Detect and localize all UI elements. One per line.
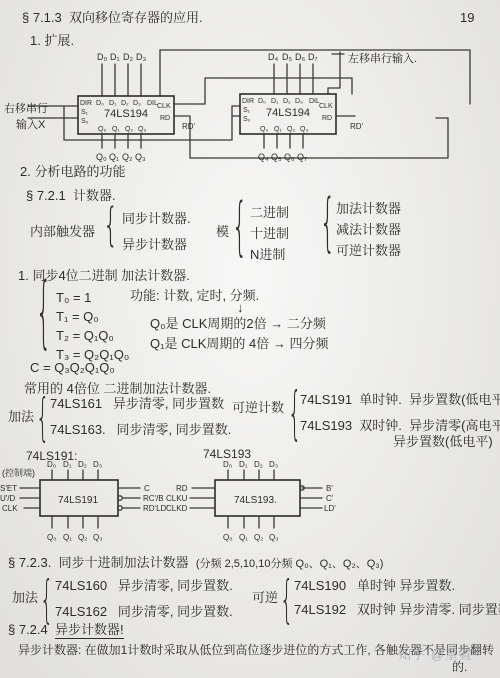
wire xyxy=(328,52,340,94)
chip-row: 74LS162 同步清零, 同步置数. xyxy=(55,604,233,620)
chip-clock: 双时钟. xyxy=(359,418,402,433)
decade-note: (分频 2,5,10,10分频 Q₀、Q₁、Q₂、Q₃) xyxy=(196,558,384,570)
brace: { xyxy=(36,389,49,449)
pin-label: CLK xyxy=(2,504,18,513)
bus-label: D₁ xyxy=(110,52,120,62)
trigger-label: 内部触发器 xyxy=(30,224,95,240)
mod-label: 模 xyxy=(216,224,229,240)
freq-note-2: Q₁是 CLK周期的 4倍 → 四分频 xyxy=(150,336,328,352)
section-number: § 7.1.3 xyxy=(22,10,62,25)
chip-name-right: 74LS194 xyxy=(266,107,310,119)
top-stubs xyxy=(52,470,98,480)
chip-desc: 异步清零(高电平) xyxy=(409,418,500,433)
bus-label: D₃ xyxy=(136,52,146,62)
chip-number: 74LS191 xyxy=(300,392,352,407)
pin-label: U'/D xyxy=(0,494,16,503)
chip-row: 74LS161 异步清零, 同步置数 xyxy=(50,396,224,412)
pin-label: Q₁ xyxy=(112,126,120,133)
pin-label: Q₀ xyxy=(98,126,106,133)
output-stubs-left xyxy=(102,134,141,148)
brace: { xyxy=(36,268,51,359)
pin-label: Q₃ xyxy=(300,126,308,133)
pin-label: Q₀ xyxy=(223,533,233,542)
left-stubs xyxy=(190,488,215,508)
pin-label: CLK xyxy=(157,103,171,110)
trigger-item: 异步计数器 xyxy=(122,237,187,253)
pin-label: D₀ xyxy=(47,460,56,469)
pin-label: Q₁ xyxy=(63,533,72,542)
carry-equation: C = Q₃Q₂Q₁Q₀ xyxy=(30,360,115,376)
bottom-stubs xyxy=(52,516,98,528)
trigger-item: 同步计数器. xyxy=(122,211,191,227)
chip-row: 74LS192 双时钟 异步清零. 同步置数. xyxy=(294,602,500,618)
section-heading: § 7.1.3 双向移位寄存器的应用. xyxy=(22,10,203,26)
analyze-title: 2. 分析电路的功能 xyxy=(20,164,125,180)
pin-label: S'ET xyxy=(0,484,17,493)
equation: T₂ = Q₁Q₀ xyxy=(56,328,114,344)
decade-title: 同步十进制加法计数器 xyxy=(59,555,189,570)
pin-label: Q₁ xyxy=(274,126,282,133)
chip-desc: 双时钟 异步清零. 同步置数. xyxy=(357,602,500,617)
brace: { xyxy=(103,199,118,252)
chip-number: 74LS193 xyxy=(300,418,352,433)
chip-desc: 单时钟 异步置数. xyxy=(357,578,455,593)
rd-prime-label: RD' xyxy=(182,122,196,131)
pin-label: D₂ xyxy=(121,100,129,107)
dec-add-label: 加法 xyxy=(12,590,38,606)
pin-label: Q₂ xyxy=(125,126,133,133)
pin-label: B' xyxy=(326,484,333,493)
chip-number: 74LS190 xyxy=(294,578,346,593)
bus-label: D₄ xyxy=(268,52,278,62)
chip-desc: 异步置数(低电平) xyxy=(409,392,500,407)
dir-item: 可逆计数器 xyxy=(336,243,401,259)
bus-label: D₂ xyxy=(123,52,133,62)
chip-desc: 同步清零, 同步置数. xyxy=(118,604,233,619)
zhihu-watermark: 知乎 @重置 xyxy=(398,644,473,663)
pin-label: S₁ xyxy=(243,107,251,114)
pin-label: S₀ xyxy=(81,118,89,125)
bus-label: D₅ xyxy=(282,52,292,62)
chip-name-left: 74LS194 xyxy=(104,108,148,120)
bus-label: D₇ xyxy=(308,52,318,62)
counter-chip-pin-diagrams: 74LS191: 74LS193 (控制端) 74LS191 D₀ D₁ D₂ … xyxy=(0,448,500,552)
bus-label: D₆ xyxy=(295,52,305,62)
mod-item: 二进制 xyxy=(250,205,289,221)
output-label: Q₇ xyxy=(297,152,307,162)
bus-label: D₀ xyxy=(97,52,107,62)
equation: T₁ = Q₀ xyxy=(56,309,99,325)
pin-label: Q₀ xyxy=(260,126,268,133)
pin-label: C' xyxy=(326,494,334,503)
chip-row: 74LS160 异步清零, 同步置数. xyxy=(55,578,233,594)
counter-section-number: § 7.2.1 xyxy=(26,188,66,203)
pin-label: CLKU xyxy=(166,494,188,503)
pin-label: C xyxy=(144,484,150,493)
chip-desc: 异步清零, 同步置数. xyxy=(118,578,233,593)
pin-label: RD xyxy=(322,115,332,122)
down-arrow: ↓ xyxy=(237,300,244,316)
pin-label: Q₂ xyxy=(254,533,263,542)
pin-label: D₁ xyxy=(109,100,117,107)
pin-label: DIR xyxy=(242,98,254,105)
chip-desc: 同步清零, 同步置数. xyxy=(117,422,232,437)
notebook-page: § 7.1.3 双向移位寄存器的应用. 19 1. 扩展. 右移串行 输入X D… xyxy=(0,0,500,678)
brace: { xyxy=(232,191,247,265)
brace: { xyxy=(280,571,293,631)
pin-label: Q₃ xyxy=(269,533,278,542)
pin-label: Q₂ xyxy=(287,126,295,133)
output-label: Q₃ xyxy=(135,152,146,162)
pin-label: D₃ xyxy=(269,460,278,469)
chip-number: 74LS160 xyxy=(55,578,107,593)
output-label: Q₁ xyxy=(109,152,119,162)
pin-label: Q₂ xyxy=(78,533,87,542)
pin-label: Q₀ xyxy=(47,533,57,542)
pin-label: DIR xyxy=(80,100,92,107)
chip-row: 74LS193 双时钟. 异步清零(高电平) xyxy=(300,418,500,434)
pin-label: RD'LD' xyxy=(143,504,168,513)
chip-number: 74LS162 xyxy=(55,604,107,619)
chip-desc: 异步清零, 同步置数 xyxy=(113,396,224,411)
pin-label: LD' xyxy=(324,504,336,513)
serial-right-label-2: 输入X xyxy=(16,117,46,131)
output-stubs-right xyxy=(264,134,303,148)
top-stubs xyxy=(228,470,274,480)
pin-label: Q₁ xyxy=(239,533,248,542)
pin-label: CLKD xyxy=(166,504,188,513)
chip-number: 74LS192 xyxy=(294,602,346,617)
pin-label: D₁ xyxy=(271,98,279,105)
wire-loop xyxy=(64,106,240,140)
right-stubs xyxy=(300,488,322,508)
pin-label: D₁ xyxy=(239,460,248,469)
pin-label: RD xyxy=(160,115,170,122)
left-stubs xyxy=(20,488,40,508)
pin-label: D₃ xyxy=(93,460,102,469)
chip-number: 74LS163. xyxy=(50,422,106,437)
pin-label: S₁ xyxy=(81,109,89,116)
pin-label: Q₃ xyxy=(138,126,146,133)
pin-label: D₀ xyxy=(96,100,104,107)
bin-add-label: 加法 xyxy=(8,409,34,425)
dec-rev-label: 可逆 xyxy=(252,590,278,606)
pin-label: RC'/B xyxy=(143,494,164,503)
brace: { xyxy=(320,187,335,261)
output-label: Q₂ xyxy=(122,152,133,162)
pin-label: D₀ xyxy=(258,98,266,105)
pin-label: D₂ xyxy=(283,98,291,105)
pin-label: D₁ xyxy=(63,460,72,469)
bin-rev-label: 可逆计数 xyxy=(232,400,284,416)
async-title: 异步计数器! xyxy=(55,622,124,639)
common4-title: 常用的 4倍位 二进制加法计数器. xyxy=(24,381,211,397)
chip-row: 74LS163. 同步清零, 同步置数. xyxy=(50,422,231,438)
chip-row: 74LS190 单时钟 异步置数. xyxy=(294,578,455,594)
dir-item: 加法计数器 xyxy=(336,201,401,217)
right-stubs xyxy=(118,488,140,508)
wire-rd xyxy=(174,116,448,158)
serial-right-label-1: 右移串行 xyxy=(4,101,48,115)
page-number: 19 xyxy=(460,10,474,25)
section-title: 双向移位寄存器的应用. xyxy=(69,10,203,25)
bus-stubs-left xyxy=(102,64,141,96)
control-terminal-note: (控制端) xyxy=(2,467,35,478)
output-label: Q₅ xyxy=(271,152,282,162)
decade-heading: § 7.2.3. 同步十进制加法计数器 (分频 2,5,10,10分频 Q₀、Q… xyxy=(8,555,383,571)
async-section-number: § 7.2.4 xyxy=(8,622,48,637)
decade-section-number: § 7.2.3. xyxy=(8,555,51,570)
mod-item: 十进制 xyxy=(250,226,289,242)
serial-left-label: 左移串行输入. xyxy=(348,51,417,65)
pin-label: D₀ xyxy=(223,460,232,469)
chip-row: 74LS191 单时钟. 异步置数(低电平) xyxy=(300,392,500,408)
dir-item: 减法计数器 xyxy=(336,222,401,238)
output-label: Q₀ xyxy=(96,152,107,162)
async-heading: § 7.2.4 异步计数器! xyxy=(8,622,124,638)
pin-label: D₃ xyxy=(295,98,303,105)
pin-label: RD xyxy=(176,484,188,493)
mod-item: N进制 xyxy=(250,247,285,263)
bus-stubs-right xyxy=(274,64,313,94)
pin-label: D₂ xyxy=(78,460,87,469)
chip-74ls193-name: 74LS193. xyxy=(234,495,277,506)
shift-register-cascade-diagram: 右移串行 输入X D₀ D₁ D₂ D₃ DIR D₀ D₁ D₂ D₃ DIL… xyxy=(0,44,500,164)
equation: T₀ = 1 xyxy=(56,290,91,306)
pin-label: S₀ xyxy=(243,116,251,123)
pin-label: D₃ xyxy=(133,100,141,107)
pin-label: Q₃ xyxy=(93,533,102,542)
bottom-stubs xyxy=(228,516,274,528)
chip-74ls191-name: 74LS191 xyxy=(58,495,98,506)
chip-clock: 单时钟. xyxy=(359,392,402,407)
output-label: Q₄ xyxy=(258,152,269,162)
chip-number: 74LS161 xyxy=(50,396,102,411)
freq-note-1: Q₀是 CLK周期的2倍 → 二分频 xyxy=(150,316,326,332)
pin-label: D₂ xyxy=(254,460,263,469)
rd-prime-label: RD' xyxy=(350,122,364,131)
pin-label: CLK xyxy=(319,103,333,110)
output-label: Q₆ xyxy=(284,152,295,162)
